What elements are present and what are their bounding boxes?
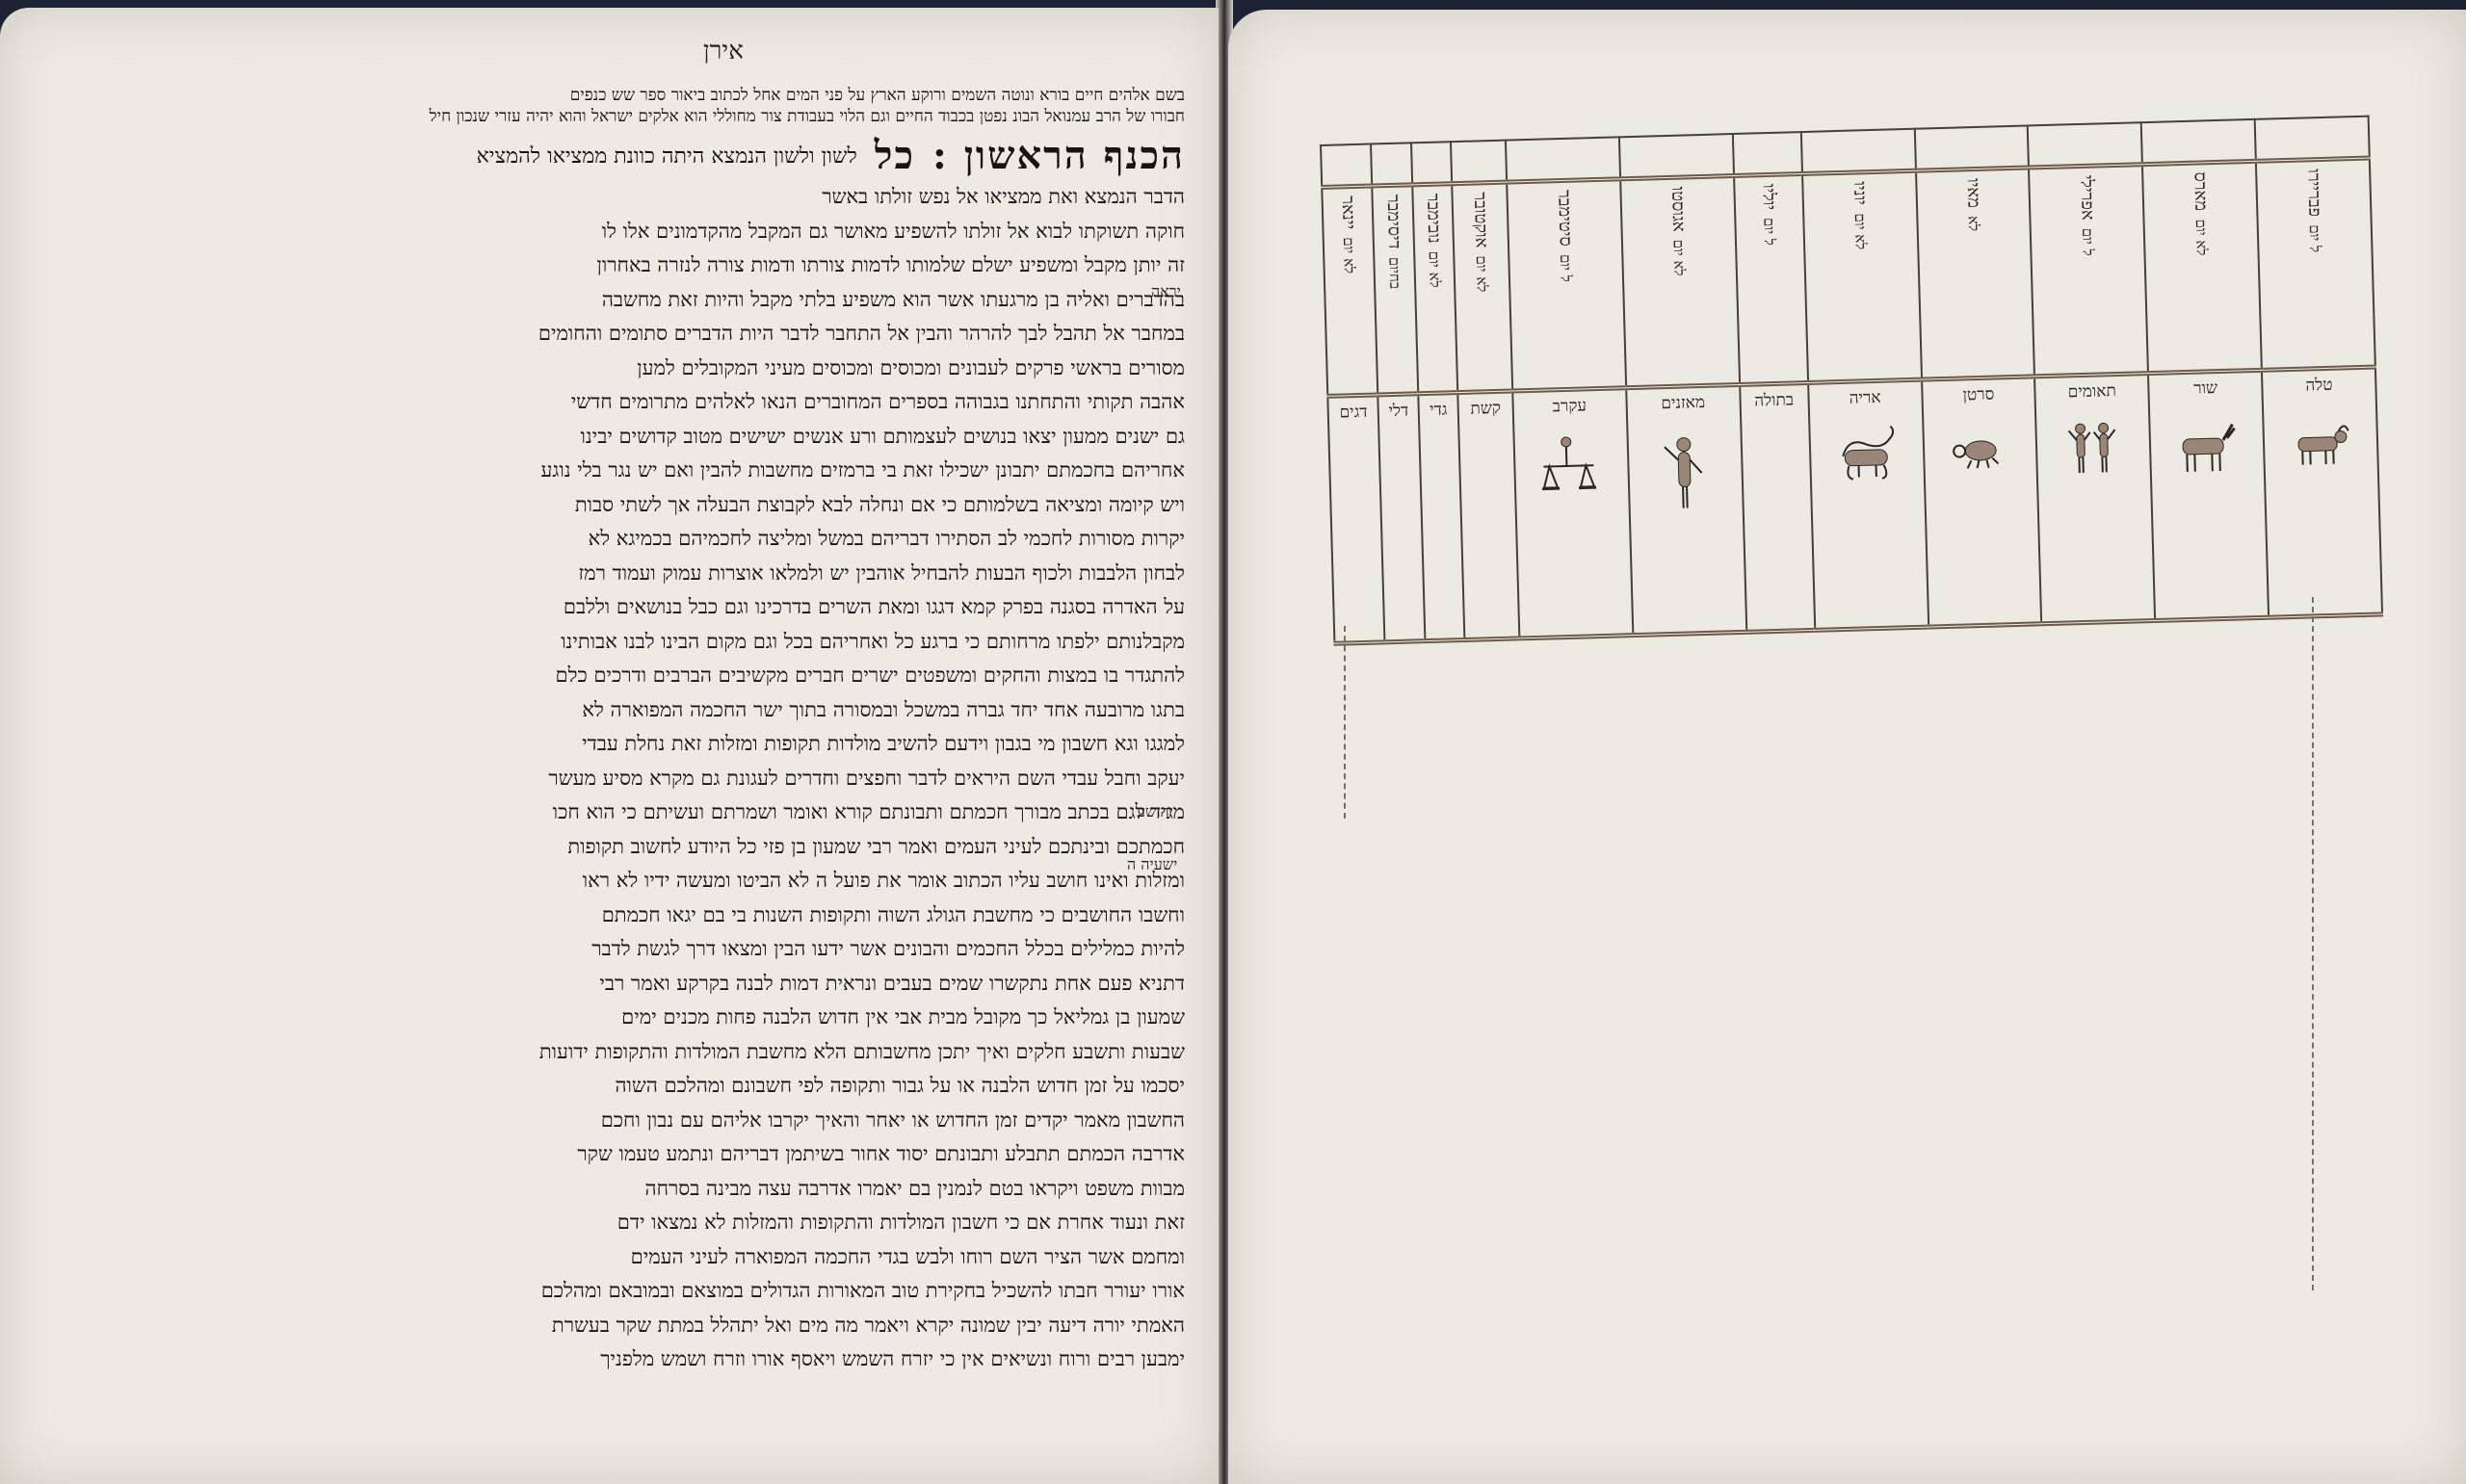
- text-line: על האדרה בסגנה בפרק קמא דגגו ומאת השרים …: [125, 590, 1185, 625]
- table-cell-blank: [2141, 119, 2256, 165]
- month-name: דיסימבר: [1382, 195, 1405, 249]
- text-line: שמעון בן גמליאל כך מקובל מבית אבי אין חד…: [125, 1001, 1185, 1035]
- zodiac-sign-cell: קשת: [1457, 391, 1519, 639]
- chapter-initial-word: כל: [875, 133, 915, 178]
- left-page: אירן בשם אלהים חיים בורא ונוטה השמים ורו…: [0, 8, 1219, 1484]
- month-cell: דיסימברבחיום: [1373, 185, 1418, 395]
- zodiac-sign-name: שור: [2150, 378, 2260, 400]
- zodiac-sign-name: דגים: [1330, 402, 1377, 422]
- month-cell: מארסלא יום: [2142, 161, 2262, 373]
- text-line: ומחמם אשר הציר השם רוחו ולבש בגדי החכמה …: [125, 1240, 1185, 1275]
- table-cell-blank: [2028, 122, 2142, 168]
- zodiac-sign-name: מאזנים: [1628, 392, 1738, 414]
- table-cell-blank: [1914, 125, 2029, 170]
- zodiac-sign-name: סרטן: [1924, 383, 2033, 405]
- text-line: אורו יעורר חבתו להשכיל בחקירת טוב המאורו…: [125, 1274, 1185, 1309]
- text-line: שבעות ותשבע חלקים ואיך יתכן מחשבותם הלא …: [125, 1035, 1185, 1070]
- intro-line: חבורו של הרב עמנואל הבונ נפטן בכבוד החיי…: [125, 106, 1185, 127]
- chapter-lead-text: לשון ולשון הנמצא היתה כוונת ממציאו להמצי…: [477, 143, 857, 169]
- month-cell: אפריליל יום: [2029, 165, 2148, 377]
- text-line: להתגדר בו במצות והחקים ומשפטים ישרים חבר…: [125, 659, 1185, 693]
- zodiac-sign-cell: מאזנים: [1626, 384, 1746, 635]
- month-name: יוניו: [1849, 181, 1871, 205]
- month-days: לא יום: [1669, 239, 1688, 275]
- text-line: ומזלות ואינו חושב עליו הכתוב אומר את פוע…: [125, 864, 1185, 898]
- zodiac-sign-cell: תאומים: [2034, 374, 2155, 624]
- table-cell-blank: [1506, 137, 1620, 182]
- ruled-margin-line: [2312, 597, 2316, 1290]
- month-days: לא יום: [1473, 255, 1491, 292]
- zodiac-sign-name: קשת: [1460, 399, 1511, 419]
- month-cell: נובימברלא יום: [1412, 184, 1457, 394]
- intro-line: בשם אלהים חיים בורא ונוטה השמים ורוקע הא…: [125, 85, 1185, 106]
- text-line: חוקה תשוקתו לבוא אל זולתו להשפיע מאושר ג…: [125, 215, 1185, 249]
- text-line: אדרבה הכמתם תתבלע ותבונתם יסוד אחור בשית…: [125, 1137, 1185, 1172]
- left-text-block: בשם אלהים חיים בורא ונוטה השמים ורוקע הא…: [125, 85, 1185, 1377]
- month-cell: אוקטוברלא יום: [1452, 182, 1512, 392]
- month-cell: פבריירול יום: [2256, 158, 2375, 370]
- month-name: סיטימבר: [1553, 190, 1576, 247]
- month-days: לא יום: [1426, 251, 1444, 288]
- zodiac-sign-cell: גדי: [1418, 393, 1465, 641]
- crab-figure-icon: [1946, 417, 2015, 486]
- table-cell-blank: [1371, 143, 1412, 186]
- zodiac-sign-name: טלה: [2264, 375, 2374, 397]
- ram-figure-icon: [2286, 407, 2355, 477]
- month-days: בחיום: [1385, 256, 1404, 289]
- zodiac-sign-cell: טלה: [2262, 367, 2382, 617]
- table-cell-blank: [2255, 117, 2370, 162]
- zodiac-sign-name: תאומים: [2037, 380, 2147, 403]
- text-line: גם ישנים ממעון יצאו בנושים לעצמותם ורע א…: [125, 420, 1185, 455]
- text-line: אחריהם בחכמתם יתבונן ישכילו זאת בי ברמזי…: [125, 454, 1185, 488]
- zodiac-sign-name: דלי: [1380, 401, 1417, 421]
- month-days: ל יום: [1760, 218, 1778, 246]
- text-line: להיות כמלילים בכלל החכמים והבונים אשר יד…: [125, 932, 1185, 967]
- text-line: וחשבו החושבים כי מחשבת הגולג השוה ותקופו…: [125, 898, 1185, 933]
- zodiac-sign-name: בתולה: [1742, 390, 1807, 411]
- chapter-heading: הכנף הראשון :: [932, 133, 1185, 178]
- month-name: אפרילי: [2076, 174, 2098, 221]
- zodiac-sign-cell: שור: [2148, 370, 2269, 620]
- table-cell-blank: [1732, 132, 1801, 175]
- month-cell: יינארלא יום: [1322, 186, 1377, 396]
- month-name: יינאר: [1337, 195, 1359, 230]
- month-name: אגוסטו: [1666, 186, 1689, 232]
- text-line: בהדברים ואליה בן מרגעתו אשר הוא משפיע בל…: [125, 283, 1185, 318]
- text-line: חכמתכם ובינתכם לעיני העמים ואמר רבי שמעו…: [125, 830, 1185, 865]
- month-cell: סיטימברל יום: [1507, 179, 1626, 391]
- month-name: נובימבר: [1422, 193, 1444, 244]
- text-line: יעקב וחבל עבדי השם היראים לדבר וחפצים וח…: [125, 762, 1185, 796]
- margin-note: יהושע: [1137, 802, 1173, 821]
- month-name: פבריירו: [2302, 169, 2324, 217]
- text-line: האמתי יורה דיעה יבין שמונה יקרא ויאמר מה…: [125, 1309, 1185, 1343]
- virgin-figure-icon: [1650, 426, 1720, 524]
- margin-note: יראה: [1151, 282, 1181, 301]
- chapter-heading-row: הכנף הראשון : כל לשון ולשון הנמצא היתה כ…: [125, 133, 1185, 178]
- month-cell: יוליול יום: [1734, 174, 1808, 385]
- table-cell-blank: [1800, 129, 1915, 174]
- month-name: יוליו: [1757, 184, 1779, 211]
- month-name: מארס: [2189, 171, 2211, 211]
- body-text: הדבר הנמצא ואת ממציאו אל נפש זולתו באשרח…: [125, 180, 1185, 1377]
- text-line: יסכמו על זמן חדוש הלבנה או על גבור ותקופ…: [125, 1069, 1185, 1104]
- zodiac-sign-cell: בתולה: [1740, 382, 1815, 632]
- table-cell-blank: [1451, 141, 1507, 184]
- sign-row: טלהשורתאומיםסרטןאריהבתולהמאזניםעקרבקשתגד…: [1327, 367, 2382, 643]
- text-line: מגיד לגם בכתב מבורך חכמתם ותבונתם קורא ו…: [125, 795, 1185, 830]
- text-line: אהבה תקותי והתחתנו בגבוהה בספרים המחוברי…: [125, 385, 1185, 420]
- margin-note: ישעיה ה: [1127, 855, 1177, 874]
- zodiac-sign-name: עקרב: [1514, 395, 1624, 417]
- month-days: לא: [1965, 216, 1982, 232]
- text-line: יקרות מסורות לחכמי לב הסתירו דבריהם במשל…: [125, 522, 1185, 557]
- month-days: לא יום: [2192, 219, 2211, 255]
- table-cell-blank: [1321, 144, 1373, 188]
- text-line: לבחון הלבבות ולכוף הבעות להבחיל אוהבין י…: [125, 557, 1185, 591]
- text-line: במחבר אל תהבל לבך להרהר והבין אל התחבר ל…: [125, 317, 1185, 351]
- month-days: לא יום: [1340, 237, 1358, 273]
- zodiac-sign-name: אריה: [1810, 387, 1920, 409]
- lion-figure-icon: [1832, 420, 1902, 489]
- text-line: הדבר הנמצא ואת ממציאו אל נפש זולתו באשר: [125, 180, 1185, 215]
- text-line: החשבון מאמר יקדים זמן החדוש או יאחר והאי…: [125, 1104, 1185, 1138]
- text-line: דתניא פעם אחת נתקשרו שמים בעבים ונראית ד…: [125, 967, 1185, 1002]
- month-days: לא יום: [1851, 213, 1870, 249]
- text-line: זה יותן מקבל ומשפיע ישלם שלמותו לדמות צו…: [125, 248, 1185, 283]
- month-cell: יוניולא יום: [1802, 170, 1922, 382]
- zodiac-table-container: פבריירול יוםמארסלא יוםאפריליל יוםמאיולאי…: [1320, 116, 2383, 636]
- month-name: מאיו: [1962, 178, 1984, 208]
- bull-figure-icon: [2172, 410, 2242, 480]
- month-days: ל יום: [2079, 227, 2097, 255]
- text-line: מקבלנותם ילפתו מרחותם כי ברגע כל ואחריהם…: [125, 625, 1185, 660]
- zodiac-sign-cell: אריה: [1808, 379, 1928, 630]
- table-cell-blank: [1411, 142, 1453, 185]
- month-cell: אגוסטולא יום: [1620, 176, 1740, 388]
- text-line: ימבען רבים ורוח ונשיאים אין כי יזרח השמש…: [125, 1342, 1185, 1377]
- ruled-margin-line: [1344, 626, 1348, 819]
- folio-mark: אירן: [703, 37, 744, 65]
- zodiac-table: פבריירול יוםמארסלא יוםאפריליל יוםמאיולאי…: [1320, 116, 2383, 646]
- month-days: ל יום: [1557, 253, 1575, 281]
- scales-figure-icon: [1536, 429, 1606, 517]
- text-line: ויש קיומה ומציאה בשלמותם כי אם ונחלה לבא…: [125, 488, 1185, 523]
- text-line: מסורים בראשי פרקים לעבונים ומכוסים ומכוס…: [125, 351, 1185, 386]
- text-line: למגגו וגא חשבון מי בגבון וידעם להשיב מול…: [125, 727, 1185, 762]
- zodiac-sign-cell: סרטן: [1922, 377, 2042, 627]
- month-name: אוקטובר: [1469, 192, 1492, 248]
- zodiac-sign-cell: עקרב: [1512, 388, 1633, 638]
- month-cell: מאיולא: [1916, 168, 2035, 379]
- zodiac-sign-cell: דלי: [1378, 394, 1426, 642]
- text-line: בתגו מרובעה אחד יחד גברה במשכל ובמסורה ב…: [125, 693, 1185, 728]
- table-cell-blank: [1619, 134, 1734, 179]
- zodiac-sign-cell: דגים: [1327, 395, 1385, 643]
- month-days: ל יום: [2306, 224, 2324, 252]
- text-line: מבוות משפט ויקראו בטם לנמנין בם יאמרו אד…: [125, 1172, 1185, 1207]
- text-line: זאת ונעוד אחרת אם כי חשבון המולדות והתקו…: [125, 1206, 1185, 1240]
- zodiac-sign-name: גדי: [1420, 400, 1456, 420]
- twins-figure-icon: [2059, 414, 2128, 483]
- month-row: פבריירול יוםמארסלא יוםאפריליל יוםמאיולאי…: [1322, 158, 2375, 396]
